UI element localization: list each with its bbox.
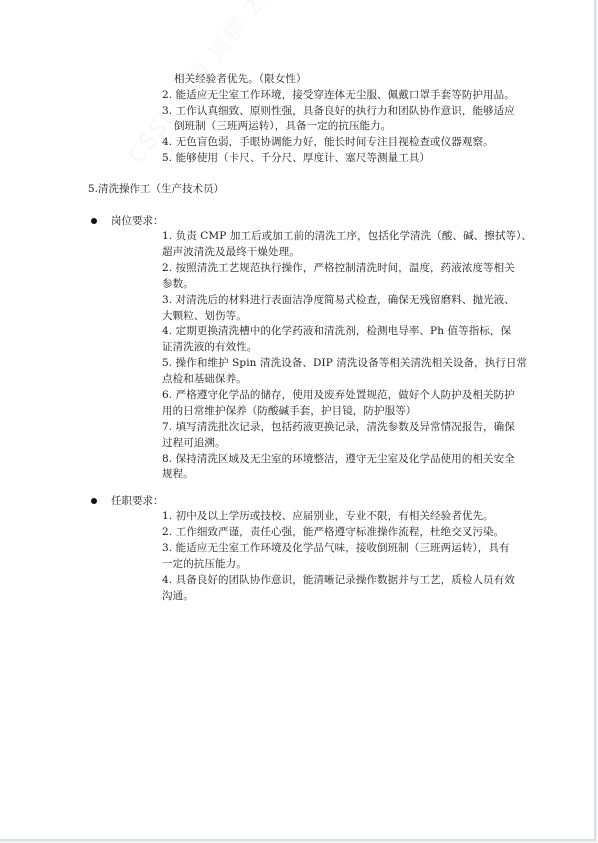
duty-1-line-1: 1. 负责 CMP 加工后或加工前的清洗工序，包括化学清洗（酸、碱、擦拭等）、 — [162, 229, 532, 243]
prev-continuation-line: 相关经验者优先。（限女性） — [174, 72, 307, 86]
prev-item-3-line-1: 3. 工作认真细致、原则性强，具备良好的执行力和团队协作意识，能够适应 — [162, 104, 515, 118]
duty-4-line-1: 4. 定期更换清洗槽中的化学药液和清洗剂，检测电导率、Ph 值等指标，保 — [162, 324, 511, 338]
duty-7-line-2: 过程可追溯。 — [162, 436, 226, 450]
qual-4-line-2: 沟通。 — [162, 589, 194, 603]
duty-7-line-1: 7. 填写清洗批次记录，包括药液更换记录，清洗参数及异常情况报告，确保 — [162, 420, 515, 434]
bullet-icon — [91, 498, 97, 504]
qual-4-line-1: 4. 具备良好的团队协作意识，能清晰记录操作数据并与工艺，质检人员有效 — [162, 573, 515, 587]
duty-8-line-2: 规程。 — [162, 467, 194, 481]
duty-1-line-2: 超声波清洗及最终干燥处理。 — [162, 245, 300, 259]
bullet-icon — [91, 218, 97, 224]
qual-2: 2. 工作细致严谨，责任心强，能严格遵守标准操作流程，杜绝交叉污染。 — [162, 525, 504, 539]
qualifications-label: 任职要求： — [111, 494, 164, 508]
prev-item-3-line-2: 倒班制（三班两运转），具备一定的抗压能力。 — [174, 119, 391, 133]
duty-3-line-2: 大颗粒、划伤等。 — [162, 309, 247, 323]
duty-2-line-1: 2. 按照清洗工艺规范执行操作，严格控制清洗时间，温度，药液浓度等相关 — [162, 261, 515, 275]
duty-4-line-2: 证清洗液的有效性。 — [162, 340, 257, 354]
duties-label: 岗位要求： — [111, 214, 164, 228]
duty-6-line-1: 6. 严格遵守化学品的储存，使用及废弃处置规范，做好个人防护及相关防护 — [162, 388, 515, 402]
prev-item-2: 2. 能适应无尘室工作环境，接受穿连体无尘服、佩戴口罩手套等防护用品。 — [162, 88, 515, 102]
qual-1: 1. 初中及以上学历或技校、应届别业，专业不限，有相关经验者优先。 — [162, 509, 494, 523]
prev-item-5: 5. 能够使用（卡尺、千分尺、厚度计、塞尺等测量工具） — [162, 151, 430, 165]
section-title: 5.清洗操作工（生产技术员） — [88, 182, 224, 196]
duty-5-line-1: 5. 操作和维护 Spin 清洗设备、DIP 清洗设备等相关清洗相关设备，执行日… — [162, 356, 527, 370]
document-page: CSSP 招聘 周柳 2025- 11:42:25 D 相关经验者优先。（限女性… — [0, 0, 596, 841]
duty-6-line-2: 用的日常维护保养（防酸碱手套，护目镜，防护服等） — [162, 404, 416, 418]
prev-item-4: 4. 无色盲色弱，手眼协调能力好，能长时间专注目视检查或仪器观察。 — [162, 135, 494, 149]
duty-3-line-1: 3. 对清洗后的材料进行表面洁净度简易式检查，确保无残留磨料、抛光液、 — [162, 293, 515, 307]
qual-3-line-2: 一定的抗压能力。 — [162, 557, 247, 571]
duty-8-line-1: 8. 保持清洗区域及无尘室的环境整洁，遵守无尘室及化学品使用的相关安全 — [162, 452, 515, 466]
qual-3-line-1: 3. 能适应无尘室工作环境及化学品气味，接收倒班制（三班两运转），具有 — [162, 541, 510, 555]
duty-2-line-2: 参数。 — [162, 277, 194, 291]
duty-5-line-2: 点检和基础保养。 — [162, 372, 247, 386]
